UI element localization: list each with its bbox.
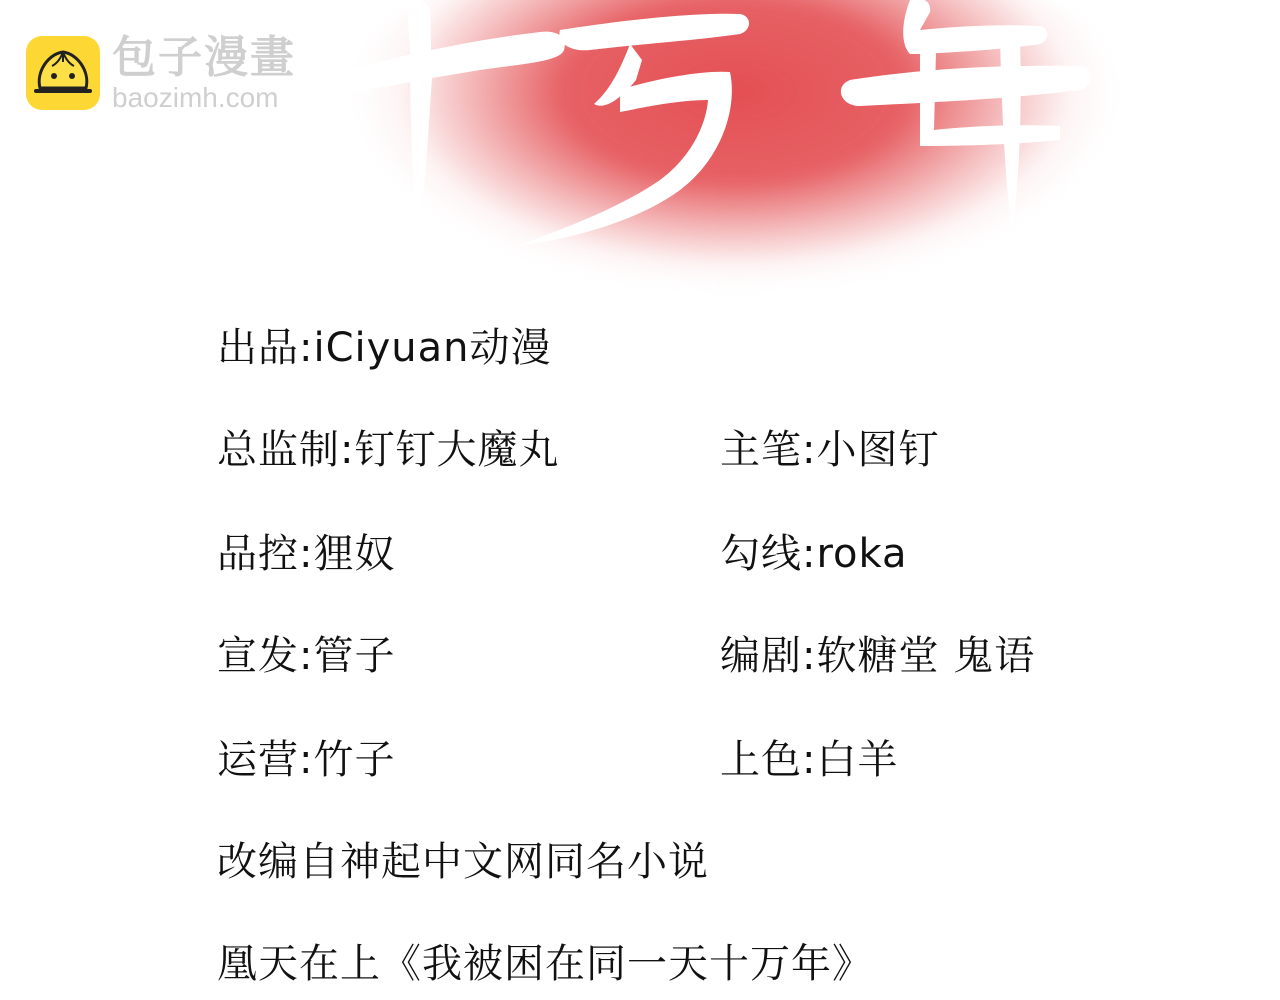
credit-producer: 出品:iCiyuan动漫 — [217, 326, 552, 370]
credits: 出品:iCiyuan动漫 总监制:钉钉大魔丸 主笔:小图钉 品控:狸奴 勾线:r… — [0, 0, 1280, 1000]
credit-script: 编剧:软糖堂 鬼语 — [720, 634, 1035, 678]
credit-quality-control: 品控:狸奴 — [217, 532, 395, 576]
credit-line-art: 勾线:roka — [720, 532, 908, 576]
credit-lead-artist: 主笔:小图钉 — [720, 428, 939, 472]
credit-novel: 凰天在上《我被困在同一天十万年》 — [217, 942, 873, 986]
credit-chief-supervisor: 总监制:钉钉大魔丸 — [217, 428, 559, 472]
credit-coloring: 上色:白羊 — [720, 738, 898, 782]
credit-promotion: 宣发:管子 — [217, 634, 395, 678]
credit-source: 改编自神起中文网同名小说 — [217, 840, 709, 884]
credit-operations: 运营:竹子 — [217, 738, 395, 782]
